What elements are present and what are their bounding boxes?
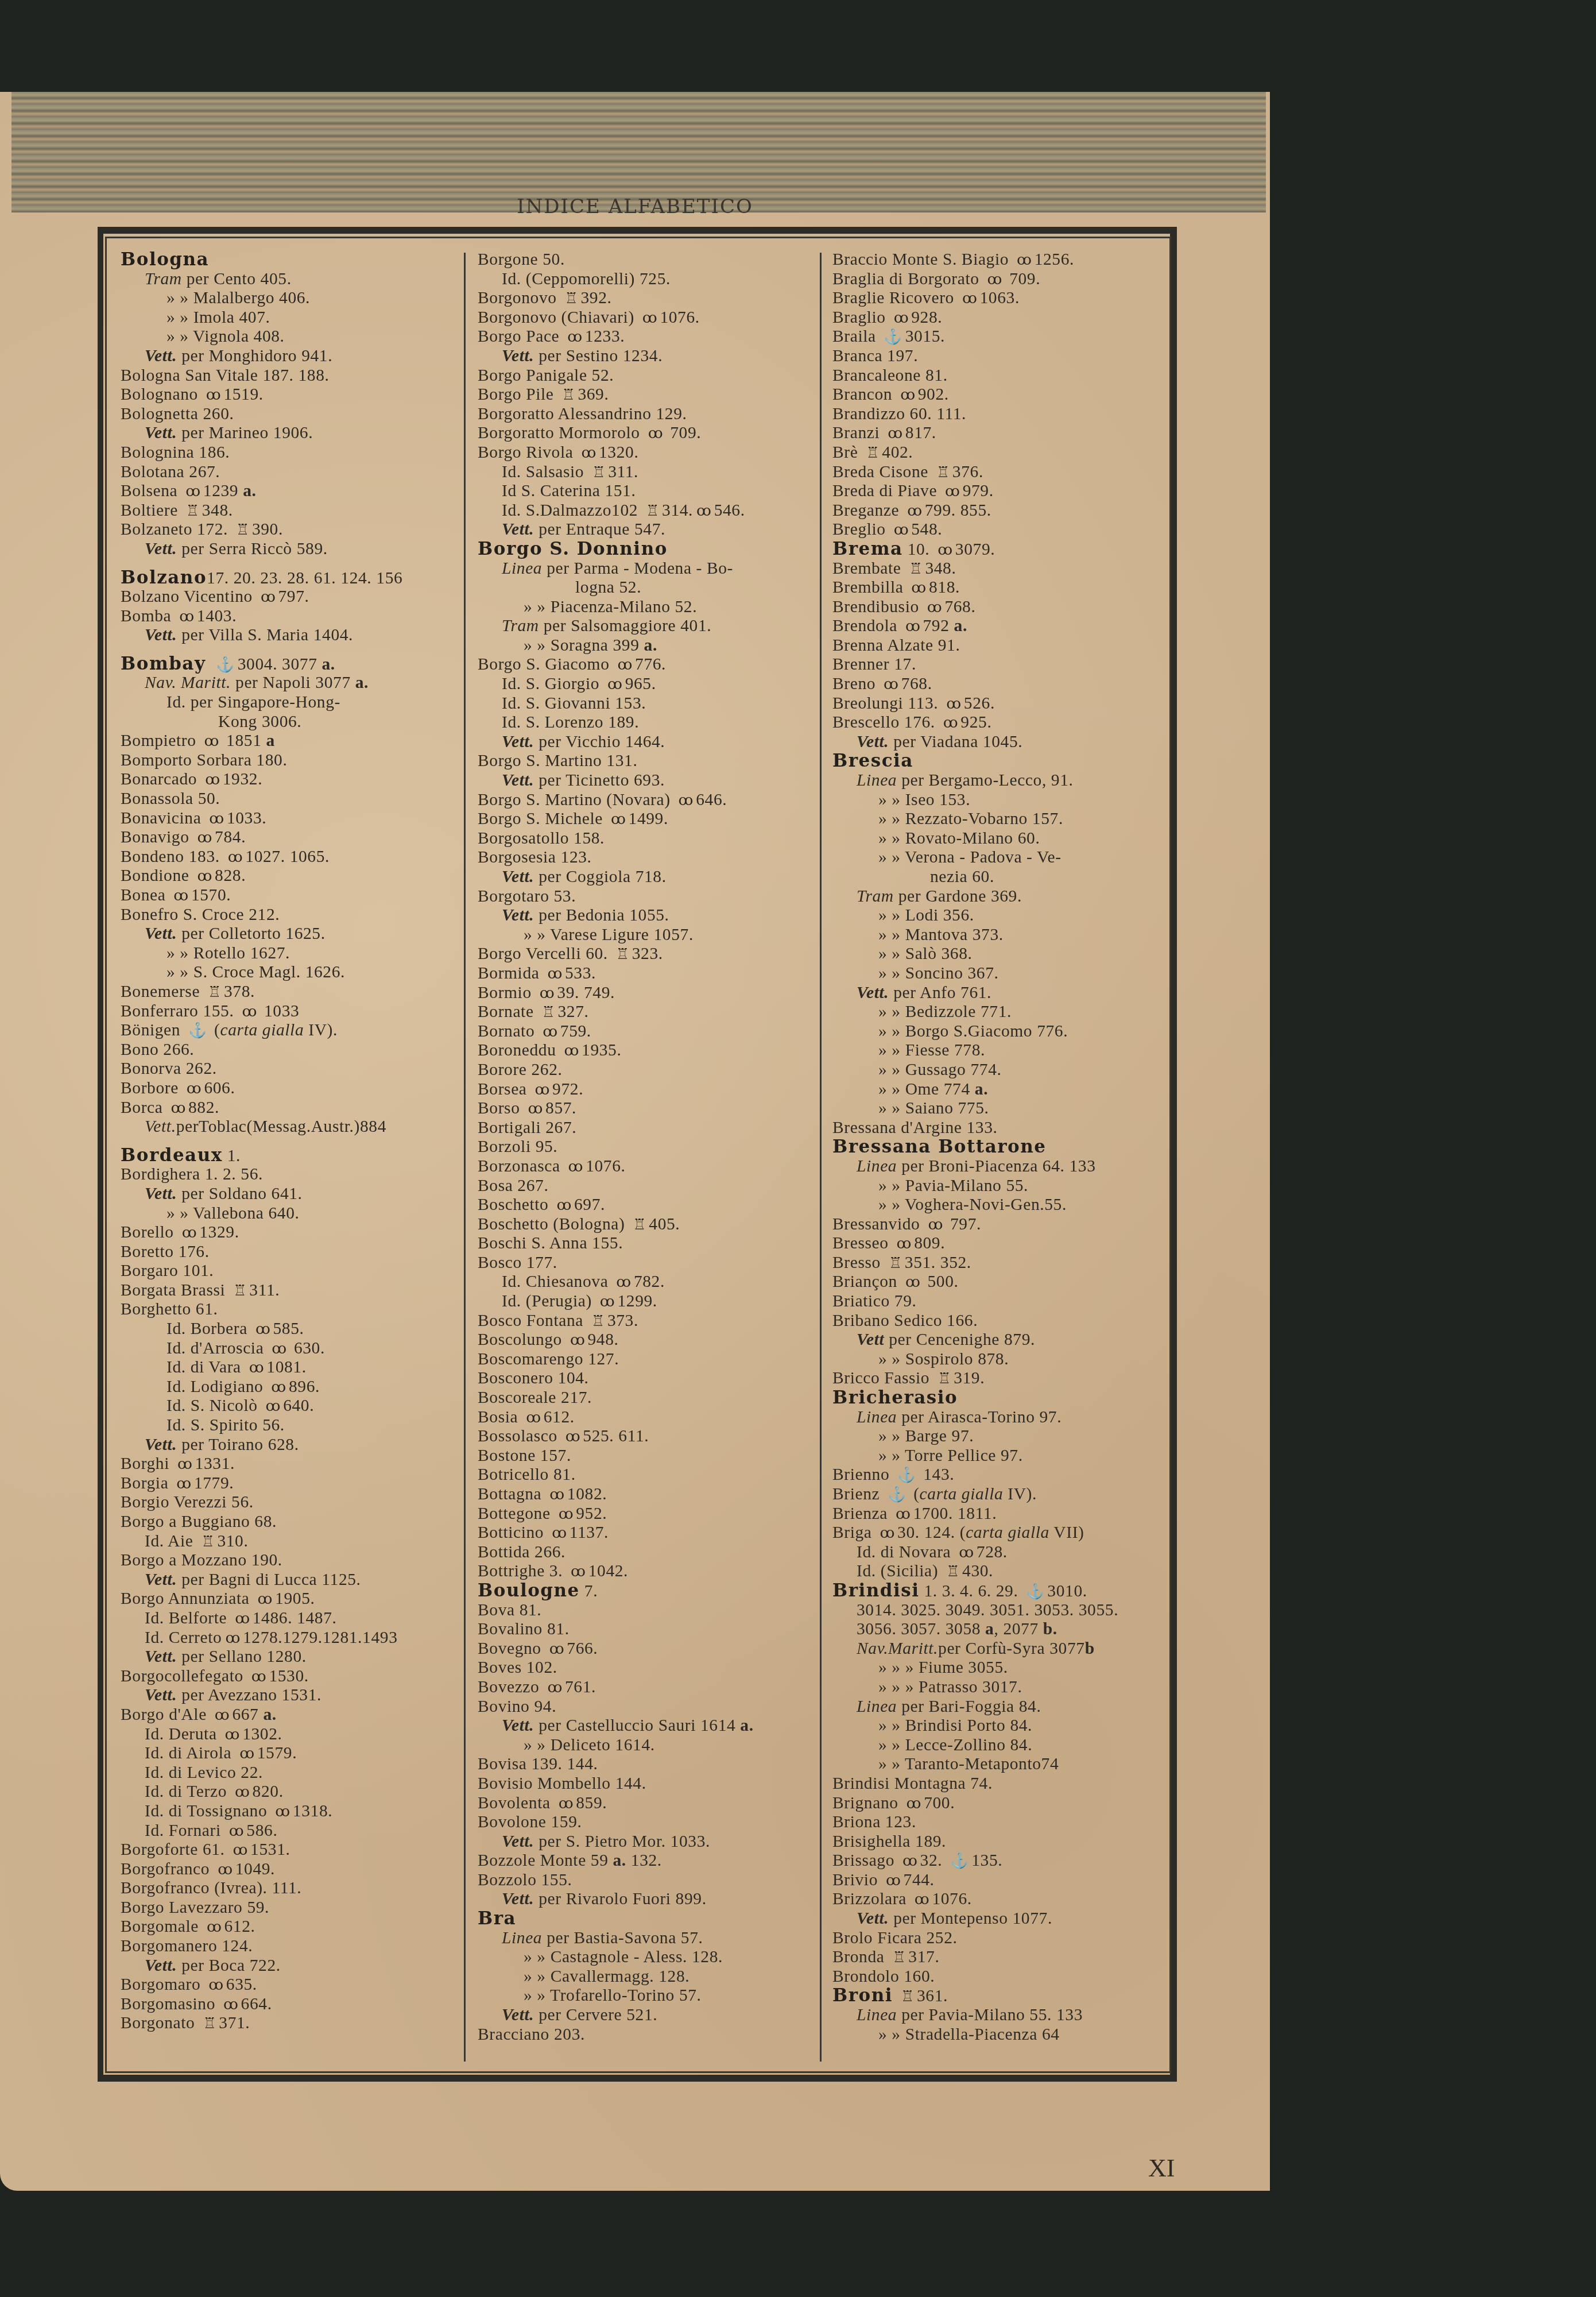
index-entry: Braglia di Borgorato ꝏ 709.	[832, 270, 1177, 289]
ship-anchor-icon: ⚓	[884, 327, 903, 347]
entry-text: » » Soragna 399	[524, 636, 644, 655]
index-entry: Bombay ⚓3004. 3077 a.	[121, 655, 459, 674]
entry-text: Bornate	[478, 1003, 539, 1021]
index-entry: Borgoratto Mormorolo ꝏ 709.	[478, 424, 816, 443]
index-entry: Bondione ꝏ828.	[121, 867, 459, 886]
index-entry: Bovisa 139. 144.	[478, 1755, 816, 1774]
index-column-left: BolognaTram per Cento 405.» » Malalbergo…	[121, 250, 459, 2033]
entry-text: Id. di Vara	[166, 1358, 246, 1376]
index-entry: Vett. per Rivarolo Fuori 899.	[478, 1890, 816, 1909]
index-entry: Borzonasca ꝏ1076.	[478, 1157, 816, 1177]
entry-text: Tram	[145, 270, 182, 288]
entry-text: (	[909, 1485, 919, 1503]
index-entry: Bolotana 267.	[121, 463, 459, 482]
index-entry: Brendola ꝏ792 a.	[832, 617, 1177, 636]
entry-text: Bonferraro 155.	[121, 1002, 238, 1020]
entry-text: Botticino	[478, 1523, 548, 1542]
entry-text: Breno	[832, 675, 880, 693]
index-entry: Borgata Brassi ♖311.	[121, 1281, 459, 1301]
entry-text: Tram	[857, 887, 894, 906]
index-entry: Borgo S. Giacomo ꝏ776.	[478, 655, 816, 675]
entry-text: 10.	[903, 540, 935, 559]
entry-text: Id. d'Arroscia	[166, 1339, 268, 1358]
entry-text: 896.	[289, 1378, 320, 1396]
entry-text: » » Varese Ligure 1057.	[524, 926, 694, 944]
stagecoach-icon: ꝏ	[261, 587, 276, 607]
entry-text: Vett.	[145, 1686, 177, 1704]
entry-text: per Sellano 1280.	[177, 1648, 306, 1666]
index-entry: Brè ♖402.	[832, 443, 1177, 463]
stagecoach-icon: ꝏ	[235, 1609, 250, 1629]
entry-text: per Parma - Modena - Bo-	[542, 559, 733, 578]
entry-text: » » Brindisi Porto 84.	[878, 1716, 1032, 1735]
index-entry: Bonferraro 155. ꝏ 1033	[121, 1002, 459, 1022]
entry-text: 1239	[203, 482, 243, 500]
entry-text: 311.	[249, 1281, 280, 1300]
index-entry: Nav. Maritt. per Napoli 3077 a.	[121, 674, 459, 693]
stagecoach-icon: ꝏ	[559, 1794, 574, 1813]
entry-text: 828.	[215, 867, 246, 885]
index-entry: Bormida ꝏ533.	[478, 964, 816, 984]
column-divider-2	[820, 253, 822, 2062]
entry-text: » » Lecce-Zollino 84.	[878, 1736, 1032, 1754]
entry-text: Bozzole Monte 59	[478, 1851, 613, 1870]
entry-text: » » Vallebona 640.	[166, 1204, 299, 1223]
entry-text: » » Cavallermagg. 128.	[524, 1967, 689, 1986]
index-entry: Bono 266.	[121, 1041, 459, 1060]
entry-text: 1320.	[599, 443, 638, 462]
index-entry: Id. (Perugia) ꝏ1299.	[478, 1292, 816, 1312]
stagecoach-icon: ꝏ	[239, 1744, 255, 1764]
index-column-middle: Borgone 50.Id. (Ceppomorelli) 725.Borgon…	[478, 250, 816, 2044]
index-entry: » » Malalbergo 406.	[121, 289, 459, 308]
entry-text: Id. di Levico 22.	[145, 1764, 263, 1782]
index-entry: Borgocollefegato ꝏ1530.	[121, 1667, 459, 1687]
entry-text: 3014. 3025. 3049. 3051. 3053. 3055.	[857, 1601, 1118, 1619]
index-entry: Vett. per S. Pietro Mor. 1033.	[478, 1832, 816, 1852]
stagecoach-icon: ꝏ	[229, 1822, 245, 1841]
entry-text: Brescello 176.	[832, 713, 940, 732]
index-entry: Bressana d'Argine 133.	[832, 1119, 1177, 1138]
entry-text: Borgoforte 61.	[121, 1840, 230, 1859]
index-entry: » » Saiano 775.	[832, 1099, 1177, 1119]
entry-text: Borgo d'Ale	[121, 1706, 211, 1724]
stagecoach-icon: ꝏ	[275, 1802, 290, 1822]
stagecoach-icon: ꝏ	[928, 1215, 943, 1235]
entry-text: Bossolasco	[478, 1427, 562, 1445]
entry-text: Vett.	[502, 771, 534, 790]
entry-text: Bönigen	[121, 1021, 185, 1039]
entry-text: » » Voghera-Novi-Gen.55.	[878, 1196, 1067, 1214]
entry-text: Bolzaneto 172.	[121, 520, 233, 539]
entry-text: Id. Salsasio	[502, 463, 588, 481]
entry-text: Bonea	[121, 886, 170, 904]
entry-text: 709.	[665, 424, 701, 442]
index-entry: Borgo Annunziata ꝏ1905.	[121, 1590, 459, 1609]
entry-text: Nav. Maritt.	[145, 674, 231, 692]
entry-text: Bolsena	[121, 482, 182, 500]
index-entry: Borgo d'Ale ꝏ667 a.	[121, 1706, 459, 1725]
entry-text: per Ticinetto 693.	[534, 771, 665, 790]
stagecoach-icon: ꝏ	[205, 770, 220, 790]
index-entry: Vett. per Montepenso 1077.	[832, 1909, 1177, 1929]
index-entry: Borgomasino ꝏ664.	[121, 1995, 459, 2014]
index-entry: Bribano Sedico 166.	[832, 1312, 1177, 1331]
index-entry: Brissago ꝏ32. ⚓135.	[832, 1851, 1177, 1871]
index-entry: Kong 3006.	[121, 713, 459, 732]
stagecoach-icon: ꝏ	[251, 1667, 267, 1687]
index-entry: Id. d'Arroscia ꝏ 630.	[121, 1339, 459, 1359]
index-entry: Bompietro ꝏ 1851 a	[121, 732, 459, 751]
entry-text: per Gardone 369.	[894, 887, 1022, 906]
entry-text: Vett.	[145, 1436, 177, 1454]
index-entry: Bracciano 203.	[478, 2025, 816, 2045]
entry-text: per Entraque 547.	[534, 520, 665, 539]
entry-text: 376.	[952, 463, 983, 481]
index-entry: » » Torre Pellice 97.	[832, 1447, 1177, 1466]
entry-text: 585.	[273, 1320, 304, 1338]
entry-text: per Castelluccio Sauri 1614	[534, 1716, 740, 1735]
entry-text: Borgomale	[121, 1917, 203, 1936]
tram-bell-icon: ♖	[592, 463, 606, 482]
index-entry: » » » Patrasso 3017.	[832, 1678, 1177, 1697]
entry-text: per Monghidoro 941.	[177, 347, 332, 365]
index-entry: Nav.Maritt.per Corfù-Syra 3077b	[832, 1639, 1177, 1659]
tram-bell-icon: ♖	[565, 289, 579, 308]
entry-text: (	[210, 1021, 220, 1039]
stagecoach-icon: ꝏ	[959, 1543, 974, 1563]
entry-text: Bondeno 183.	[121, 848, 224, 866]
index-entry: Bosco 177.	[478, 1254, 816, 1273]
entry-text: per Coggiola 718.	[534, 868, 666, 886]
entry-text: Id. per Singapore-Hong-	[166, 693, 340, 711]
index-entry: Borgo Pile ♖369.	[478, 385, 816, 405]
entry-text: » » » Fiume 3055.	[878, 1658, 1008, 1677]
index-entry: Bricco Fassio ♖319.	[832, 1369, 1177, 1389]
entry-text: » » Deliceto 1614.	[524, 1736, 655, 1754]
entry-text: Bonavigo	[121, 828, 194, 846]
index-entry: Bovezzo ꝏ761.	[478, 1678, 816, 1697]
tram-bell-icon: ♖	[208, 983, 222, 1002]
entry-text: 402.	[882, 443, 913, 462]
tram-bell-icon: ♖	[236, 520, 250, 540]
entry-text: 606.	[204, 1079, 235, 1097]
entry-text: Bresseo	[832, 1234, 893, 1252]
index-entry: Id. di Levico 22.	[121, 1764, 459, 1783]
entry-text: 1137.	[570, 1523, 609, 1542]
entry-text: 1302.	[242, 1725, 282, 1743]
stagecoach-icon: ꝏ	[884, 675, 899, 694]
index-entry: Borgomaro ꝏ635.	[121, 1975, 459, 1995]
entry-text: Borgo Annunziata	[121, 1590, 254, 1608]
stagecoach-icon: ꝏ	[187, 1079, 202, 1099]
stagecoach-icon: ꝏ	[547, 1678, 563, 1697]
entry-text: Brissago	[832, 1851, 899, 1870]
entry-text: carta gialla	[966, 1523, 1049, 1542]
entry-text: Vett.	[145, 1571, 177, 1589]
stagecoach-icon: ꝏ	[570, 1331, 586, 1350]
index-entry: Bormio ꝏ39. 749.	[478, 984, 816, 1003]
index-entry: Breolungi 113. ꝏ526.	[832, 694, 1177, 714]
entry-text: Id. Borbera	[166, 1320, 252, 1338]
entry-text: Briançon	[832, 1273, 902, 1291]
stagecoach-icon: ꝏ	[535, 1080, 551, 1100]
index-entry: Id. S. Giovanni 153.	[478, 694, 816, 714]
entry-text: Id. S. Giorgio	[502, 675, 604, 693]
entry-text: per Cento 405.	[182, 270, 292, 288]
index-entry: » » Pavia-Milano 55.	[832, 1177, 1177, 1196]
entry-text: » » Stradella-Piacenza 64	[878, 2025, 1060, 2044]
index-entry: Brindisi 1. 3. 4. 6. 29. ⚓3010.	[832, 1581, 1177, 1601]
entry-text: 857.	[545, 1099, 576, 1117]
entry-text: Id. S. Giovanni 153.	[502, 694, 646, 713]
index-heading: Bologna	[121, 250, 459, 270]
entry-text: 3015.	[905, 327, 945, 346]
entry-text: logna 52.	[575, 578, 641, 597]
entry-text: Borgonato	[121, 2014, 199, 2032]
entry-text: 310.	[217, 1532, 248, 1550]
index-entry: Bornate ♖327.	[478, 1003, 816, 1022]
entry-text: » » Mantova 373.	[878, 926, 1004, 944]
entry-text: Brembilla	[832, 578, 908, 597]
index-entry: Vett. per Castelluccio Sauri 1614 a.	[478, 1716, 816, 1736]
entry-text: 327.	[557, 1003, 588, 1021]
entry-text: Borgo Vercelli 60.	[478, 945, 613, 963]
entry-text: Boroneddu	[478, 1041, 560, 1059]
tram-bell-icon: ♖	[938, 1369, 951, 1389]
ship-anchor-icon: ⚓	[897, 1465, 916, 1485]
entry-text: Bottrighe 3.	[478, 1562, 567, 1580]
index-entry: Bozzolo 155.	[478, 1871, 816, 1890]
entry-text: Brizzolara	[832, 1890, 911, 1908]
index-entry: Id. Deruta ꝏ1302.	[121, 1725, 459, 1745]
entry-text: Borello	[121, 1223, 179, 1242]
entry-text: Bolzano Vicentino	[121, 587, 257, 606]
entry-text: » » Malalbergo 406.	[166, 289, 310, 307]
entry-text: per Rivarolo Fuori 899.	[534, 1890, 706, 1908]
entry-text: 776.	[635, 655, 666, 674]
entry-text: 925.	[960, 713, 991, 732]
stagecoach-icon: ꝏ	[617, 655, 633, 675]
entry-text: Linea	[857, 1697, 897, 1716]
index-entry: Bonemerse ♖378.	[121, 983, 459, 1002]
entry-text: 135.	[971, 1851, 1002, 1870]
index-entry: Bortigali 267.	[478, 1119, 816, 1138]
entry-text: 1. 3. 4. 6. 29.	[920, 1582, 1023, 1600]
tram-bell-icon: ♖	[909, 559, 923, 579]
index-entry: 3014. 3025. 3049. 3051. 3053. 3055.	[832, 1601, 1177, 1621]
ship-anchor-icon: ⚓	[216, 655, 235, 675]
heading-text: Bordeaux	[121, 1145, 223, 1166]
entry-text: Brendola	[832, 617, 902, 635]
heading-text: Boulogne	[478, 1580, 580, 1601]
entry-text: Bressanvido	[832, 1215, 924, 1233]
index-entry: Briga ꝏ30. 124. (carta gialla VII)	[832, 1523, 1177, 1543]
index-entry: Vett. per Marineo 1906.	[121, 424, 459, 443]
index-entry: » » Gussago 774.	[832, 1061, 1177, 1080]
entry-text: 311.	[608, 463, 638, 481]
index-entry: Bonavicina ꝏ1033.	[121, 809, 459, 829]
index-entry: » » Iseo 153.	[832, 791, 1177, 810]
index-entry: Bovolenta ꝏ859.	[478, 1794, 816, 1813]
stagecoach-icon: ꝏ	[235, 1782, 250, 1802]
stagecoach-icon: ꝏ	[894, 308, 909, 328]
entry-text: Linea	[502, 559, 542, 578]
index-entry: Borgomanero 124.	[121, 1937, 459, 1956]
entry-text: Bolognano	[121, 385, 203, 404]
entry-text: Borso	[478, 1099, 524, 1117]
entry-text: Borbore	[121, 1079, 183, 1097]
stagecoach-icon: ꝏ	[564, 1041, 579, 1061]
entry-text: Bosco Fontana	[478, 1312, 588, 1330]
stagecoach-icon: ꝏ	[696, 501, 712, 521]
tram-bell-icon: ♖	[866, 443, 880, 463]
entry-text: a.	[355, 674, 369, 692]
entry-text: Bormio	[478, 984, 536, 1002]
stagecoach-icon: ꝏ	[905, 617, 921, 636]
entry-text: » » Barge 97.	[878, 1427, 974, 1445]
entry-text: per Cencenighe 879.	[884, 1331, 1035, 1349]
stagecoach-icon: ꝏ	[581, 443, 596, 463]
entry-text: 30. 124. (	[897, 1523, 966, 1542]
entry-text: 809.	[914, 1234, 945, 1252]
entry-text: 143.	[919, 1465, 954, 1484]
entry-text: Bottegone	[478, 1505, 555, 1523]
stagecoach-icon: ꝏ	[225, 1629, 241, 1648]
index-heading: Bricherasio	[832, 1389, 1177, 1408]
entry-text: 782.	[634, 1273, 665, 1291]
entry-text: Bricco Fassio	[832, 1369, 934, 1387]
tram-bell-icon: ♖	[946, 1562, 960, 1581]
index-entry: Vett. per Serra Riccò 589.	[121, 540, 459, 559]
entry-text: 1499.	[629, 810, 668, 828]
entry-text: 1932.	[223, 770, 262, 788]
heading-text: Bolzano	[121, 567, 207, 588]
entry-text: 700.	[924, 1794, 955, 1812]
entry-text: Brembate	[832, 559, 905, 578]
entry-text: Borghi	[121, 1455, 174, 1473]
index-entry: Borello ꝏ1329.	[121, 1223, 459, 1243]
entry-text: 761.	[565, 1678, 596, 1696]
index-entry: nezia 60.	[832, 868, 1177, 887]
stagecoach-icon: ꝏ	[206, 385, 222, 405]
entry-text: Bonemerse	[121, 983, 204, 1001]
entry-text: Borgo Pace	[478, 327, 564, 346]
stagecoach-icon: ꝏ	[266, 1397, 281, 1416]
stagecoach-icon: ꝏ	[215, 1706, 230, 1725]
entry-text: IV).	[1003, 1485, 1037, 1503]
index-entry: » » S. Croce Magl. 1626.	[121, 963, 459, 983]
index-entry: Briatico 79.	[832, 1292, 1177, 1312]
entry-text: Bornato	[478, 1022, 539, 1041]
index-entry: Bosco Fontana ♖373.	[478, 1312, 816, 1331]
index-entry: Bologna San Vitale 187. 188.	[121, 366, 459, 386]
entry-text: » » Fiesse 778.	[878, 1041, 985, 1059]
entry-text: per Bagni di Lucca 1125.	[177, 1571, 361, 1589]
entry-text: 759.	[560, 1022, 591, 1041]
index-entry: » » Trofarello-Torino 57.	[478, 1986, 816, 2006]
stagecoach-icon: ꝏ	[549, 1639, 565, 1659]
ship-anchor-icon: ⚓	[950, 1851, 969, 1871]
index-entry: Bovisio Mombello 144.	[478, 1774, 816, 1794]
entry-text: » » Bedizzole 771.	[878, 1003, 1012, 1021]
entry-text: Vett.	[502, 733, 534, 751]
entry-text: 3010.	[1047, 1582, 1087, 1600]
index-entry: Brisighella 189.	[832, 1832, 1177, 1852]
entry-text: Id. Chiesanova	[502, 1273, 613, 1291]
index-entry: Borgo Pace ꝏ1233.	[478, 327, 816, 347]
index-entry: Bonefro S. Croce 212.	[121, 906, 459, 925]
entry-text: 378.	[224, 983, 255, 1001]
index-entry: » » Taranto-Metaponto74	[832, 1755, 1177, 1774]
entry-text: Id. (Perugia)	[502, 1292, 596, 1310]
index-entry: Borsea ꝏ972.	[478, 1080, 816, 1100]
index-entry: Botricello 81.	[478, 1465, 816, 1485]
entry-text: Boscolungo	[478, 1331, 567, 1349]
index-entry: Vett. per Anfo 761.	[832, 984, 1177, 1003]
entry-text: Vett.	[145, 626, 177, 644]
index-entry: Id. di Vara ꝏ1081.	[121, 1358, 459, 1378]
entry-text: » » S. Croce Magl. 1626.	[166, 963, 345, 981]
index-entry: Borgoforte 61. ꝏ1531.	[121, 1840, 459, 1860]
index-entry: Borgo S. Martino (Novara) ꝏ646.	[478, 791, 816, 810]
index-entry: Brenna Alzate 91.	[832, 636, 1177, 656]
tram-bell-icon: ♖	[186, 501, 200, 521]
entry-text: » » Rotello 1627.	[166, 944, 290, 962]
entry-text: 1486. 1487.	[253, 1609, 337, 1627]
entry-text: 1027. 1065.	[245, 848, 330, 866]
entry-text: a.	[975, 1080, 988, 1099]
entry-text: 323.	[632, 945, 663, 963]
index-entry: » » Rezzato-Vobarno 157.	[832, 810, 1177, 829]
index-entry: Vett. per Sestino 1234.	[478, 347, 816, 366]
index-entry: Brondolo 160.	[832, 1967, 1177, 1987]
stagecoach-icon: ꝏ	[549, 1485, 565, 1505]
entry-text: Boschetto	[478, 1196, 553, 1214]
entry-text: » » Castagnole - Aless. 128.	[524, 1948, 723, 1966]
index-entry: Bovolone 159.	[478, 1813, 816, 1832]
index-entry: » » Vignola 408.	[121, 327, 459, 347]
index-entry: Vett. per Toirano 628.	[121, 1436, 459, 1455]
entry-text: 817.	[905, 424, 936, 442]
entry-text: Id. Aie	[145, 1532, 197, 1550]
entry-text: per Broni-Piacenza 64. 133	[897, 1157, 1095, 1175]
index-entry: » » Soncino 367.	[832, 964, 1177, 984]
entry-text: Borgonovo	[478, 289, 561, 307]
entry-text: per Viadana 1045.	[889, 733, 1022, 751]
tram-bell-icon: ♖	[633, 1215, 646, 1235]
index-entry: Id. Chiesanova ꝏ782.	[478, 1273, 816, 1292]
stagecoach-icon: ꝏ	[611, 810, 626, 829]
index-entry: Vett. per Entraque 547.	[478, 520, 816, 540]
tram-bell-icon: ♖	[591, 1312, 605, 1331]
entry-text: Borgofranco	[121, 1860, 214, 1878]
entry-text: » » Pavia-Milano 55.	[878, 1177, 1028, 1195]
index-entry: Borgo a Mozzano 190.	[121, 1551, 459, 1571]
stagecoach-icon: ꝏ	[173, 886, 189, 906]
index-entry: 3056. 3057. 3058 a, 2077 b.	[832, 1620, 1177, 1639]
index-entry: Id S. Caterina 151.	[478, 482, 816, 501]
stagecoach-icon: ꝏ	[946, 694, 962, 714]
index-entry: Bolognina 186.	[121, 443, 459, 463]
entry-text: Id S. Caterina 151.	[502, 482, 636, 500]
stagecoach-icon: ꝏ	[642, 308, 658, 328]
entry-text: 586.	[246, 1822, 277, 1840]
entry-text: 533.	[565, 964, 596, 983]
entry-text: » » Ome 774	[878, 1080, 975, 1099]
entry-text: 1905.	[275, 1590, 315, 1608]
index-entry: Bönigen ⚓ (carta gialla IV).	[121, 1021, 459, 1041]
